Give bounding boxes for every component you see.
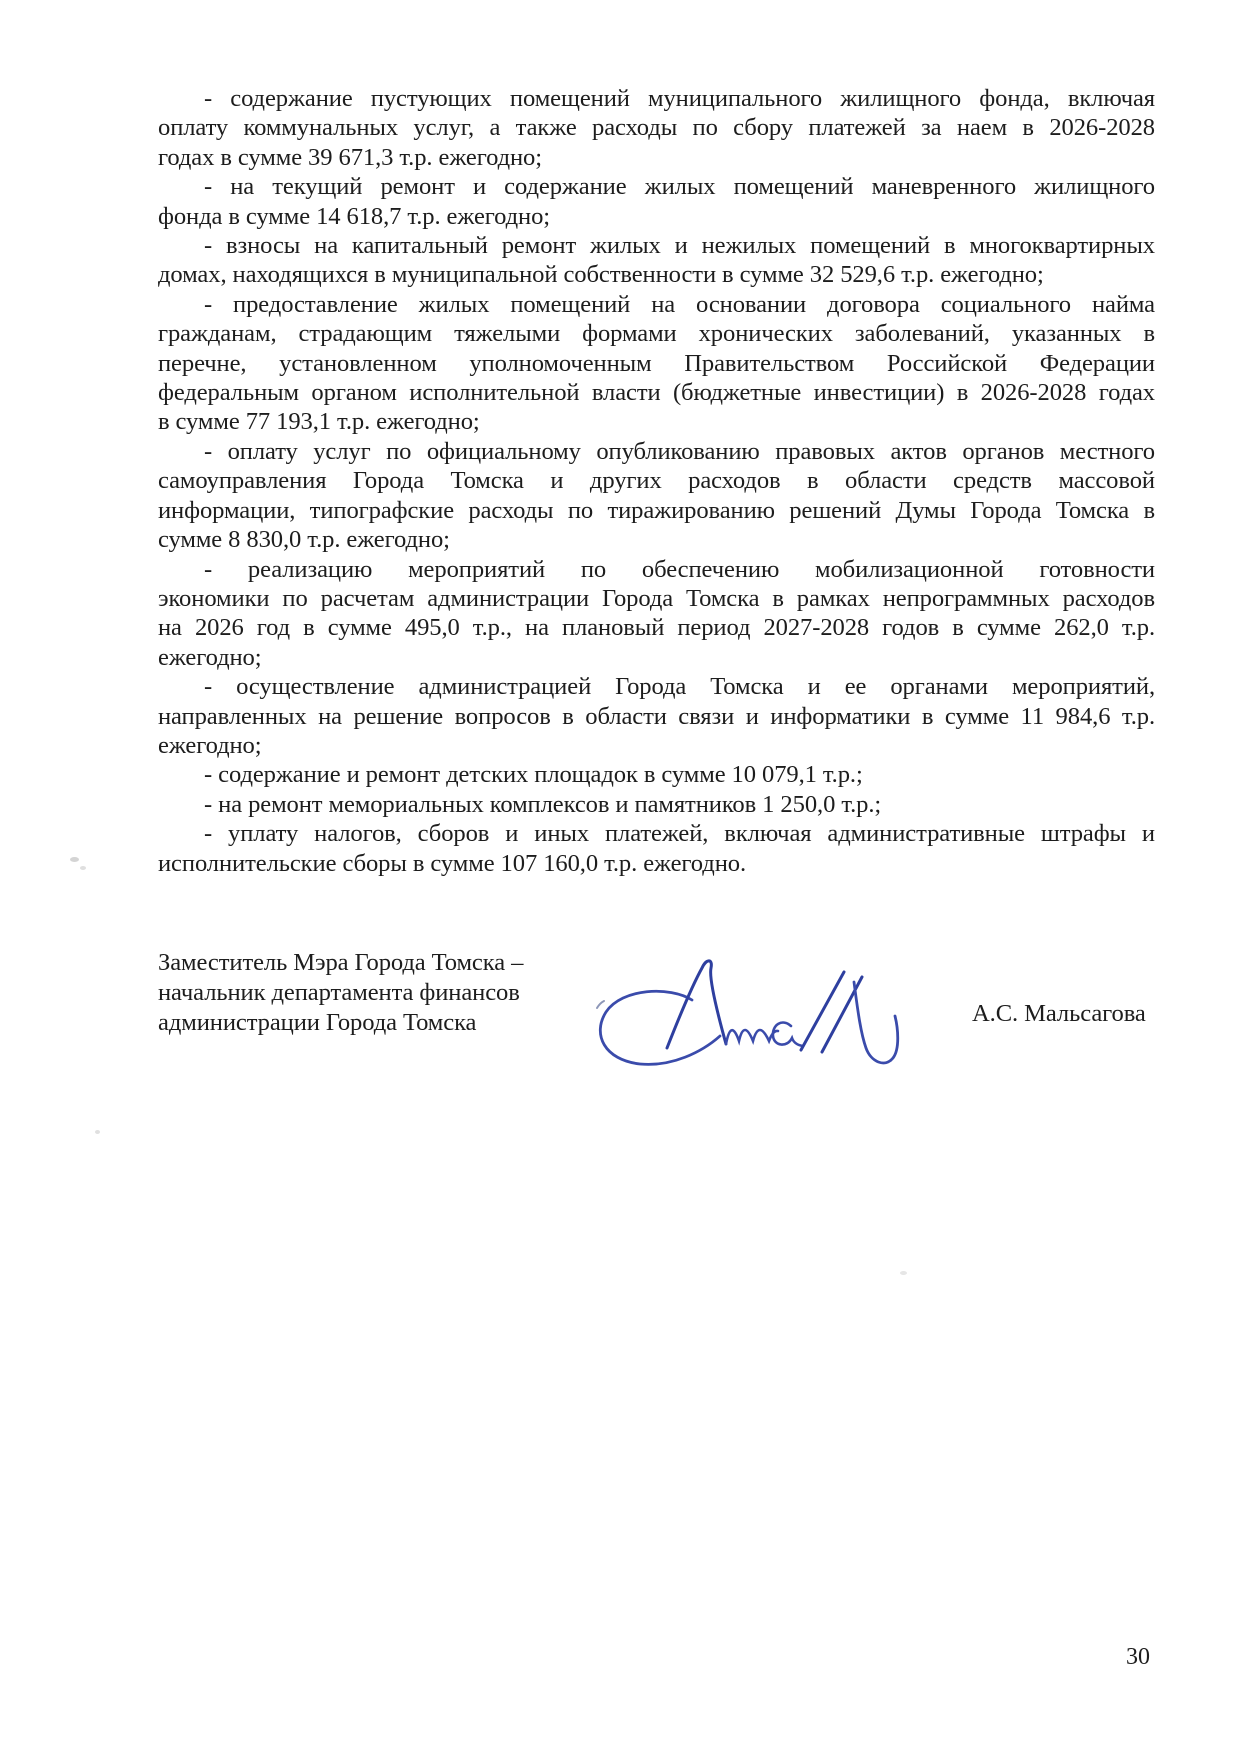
text-line: домах, находящихся в муниципальной собст… [158, 260, 1155, 289]
text-line: фонда в сумме 14 618,7 т.р. ежегодно; [158, 202, 1155, 231]
text-line: в сумме 77 193,1 т.р. ежегодно; [158, 407, 1155, 436]
text-line: ежегодно; [158, 643, 1155, 672]
signatory-name: А.С. Мальсагова [972, 1000, 1146, 1028]
text-line: начальник департамента финансов [158, 978, 523, 1008]
paragraph: - уплату налогов, сборов и иных платежей… [158, 819, 1155, 878]
text-line: - предоставление жилых помещений на осно… [158, 290, 1155, 319]
text-line: - осуществление администрацией Города То… [158, 672, 1155, 701]
text-line: федеральным органом исполнительной власт… [158, 378, 1155, 407]
text-line: оплату коммунальных услуг, а также расхо… [158, 113, 1155, 142]
paragraph: - содержание пустующих помещений муницип… [158, 84, 1155, 172]
text-line: - на ремонт мемориальных комплексов и па… [158, 790, 1155, 819]
paragraph: - содержание и ремонт детских площадок в… [158, 760, 1155, 789]
page-number: 30 [1126, 1644, 1150, 1671]
text-line: Заместитель Мэра Города Томска – [158, 948, 523, 978]
paragraph: - на ремонт мемориальных комплексов и па… [158, 790, 1155, 819]
paragraph: - оплату услуг по официальному опубликов… [158, 437, 1155, 555]
text-line: годах в сумме 39 671,3 т.р. ежегодно; [158, 143, 1155, 172]
text-line: на 2026 год в сумме 495,0 т.р., на плано… [158, 613, 1155, 642]
paragraph: - реализацию мероприятий по обеспечению … [158, 555, 1155, 673]
paragraph: - на текущий ремонт и содержание жилых п… [158, 172, 1155, 231]
scan-speck [70, 857, 79, 862]
signature-position-title: Заместитель Мэра Города Томска – начальн… [158, 948, 523, 1039]
text-line: - уплату налогов, сборов и иных платежей… [158, 819, 1155, 848]
text-line: администрации Города Томска [158, 1008, 523, 1038]
paragraph: - осуществление администрацией Города То… [158, 672, 1155, 760]
document-page: - содержание пустующих помещений муницип… [0, 0, 1240, 1753]
text-line: ежегодно; [158, 731, 1155, 760]
scan-speck [900, 1271, 907, 1275]
text-line: гражданам, страдающим тяжелыми формами х… [158, 319, 1155, 348]
paragraph: - взносы на капитальный ремонт жилых и н… [158, 231, 1155, 290]
text-line: информации, типографские расходы по тира… [158, 496, 1155, 525]
text-line: - оплату услуг по официальному опубликов… [158, 437, 1155, 466]
text-line: - реализацию мероприятий по обеспечению … [158, 555, 1155, 584]
text-line: исполнительские сборы в сумме 107 160,0 … [158, 849, 1155, 878]
text-line: самоуправления Города Томска и других ра… [158, 466, 1155, 495]
text-line: направленных на решение вопросов в облас… [158, 702, 1155, 731]
text-line: - содержание и ремонт детских площадок в… [158, 760, 1155, 789]
document-body: - содержание пустующих помещений муницип… [158, 84, 1155, 878]
paragraph: - предоставление жилых помещений на осно… [158, 290, 1155, 437]
scan-speck [95, 1130, 100, 1134]
text-line: - взносы на капитальный ремонт жилых и н… [158, 231, 1155, 260]
text-line: сумме 8 830,0 т.р. ежегодно; [158, 525, 1155, 554]
text-line: перечне, установленном уполномоченным Пр… [158, 349, 1155, 378]
text-line: - содержание пустующих помещений муницип… [158, 84, 1155, 113]
text-line: - на текущий ремонт и содержание жилых п… [158, 172, 1155, 201]
scan-speck [80, 866, 86, 870]
text-line: экономики по расчетам администрации Горо… [158, 584, 1155, 613]
handwritten-signature-icon [570, 928, 910, 1083]
